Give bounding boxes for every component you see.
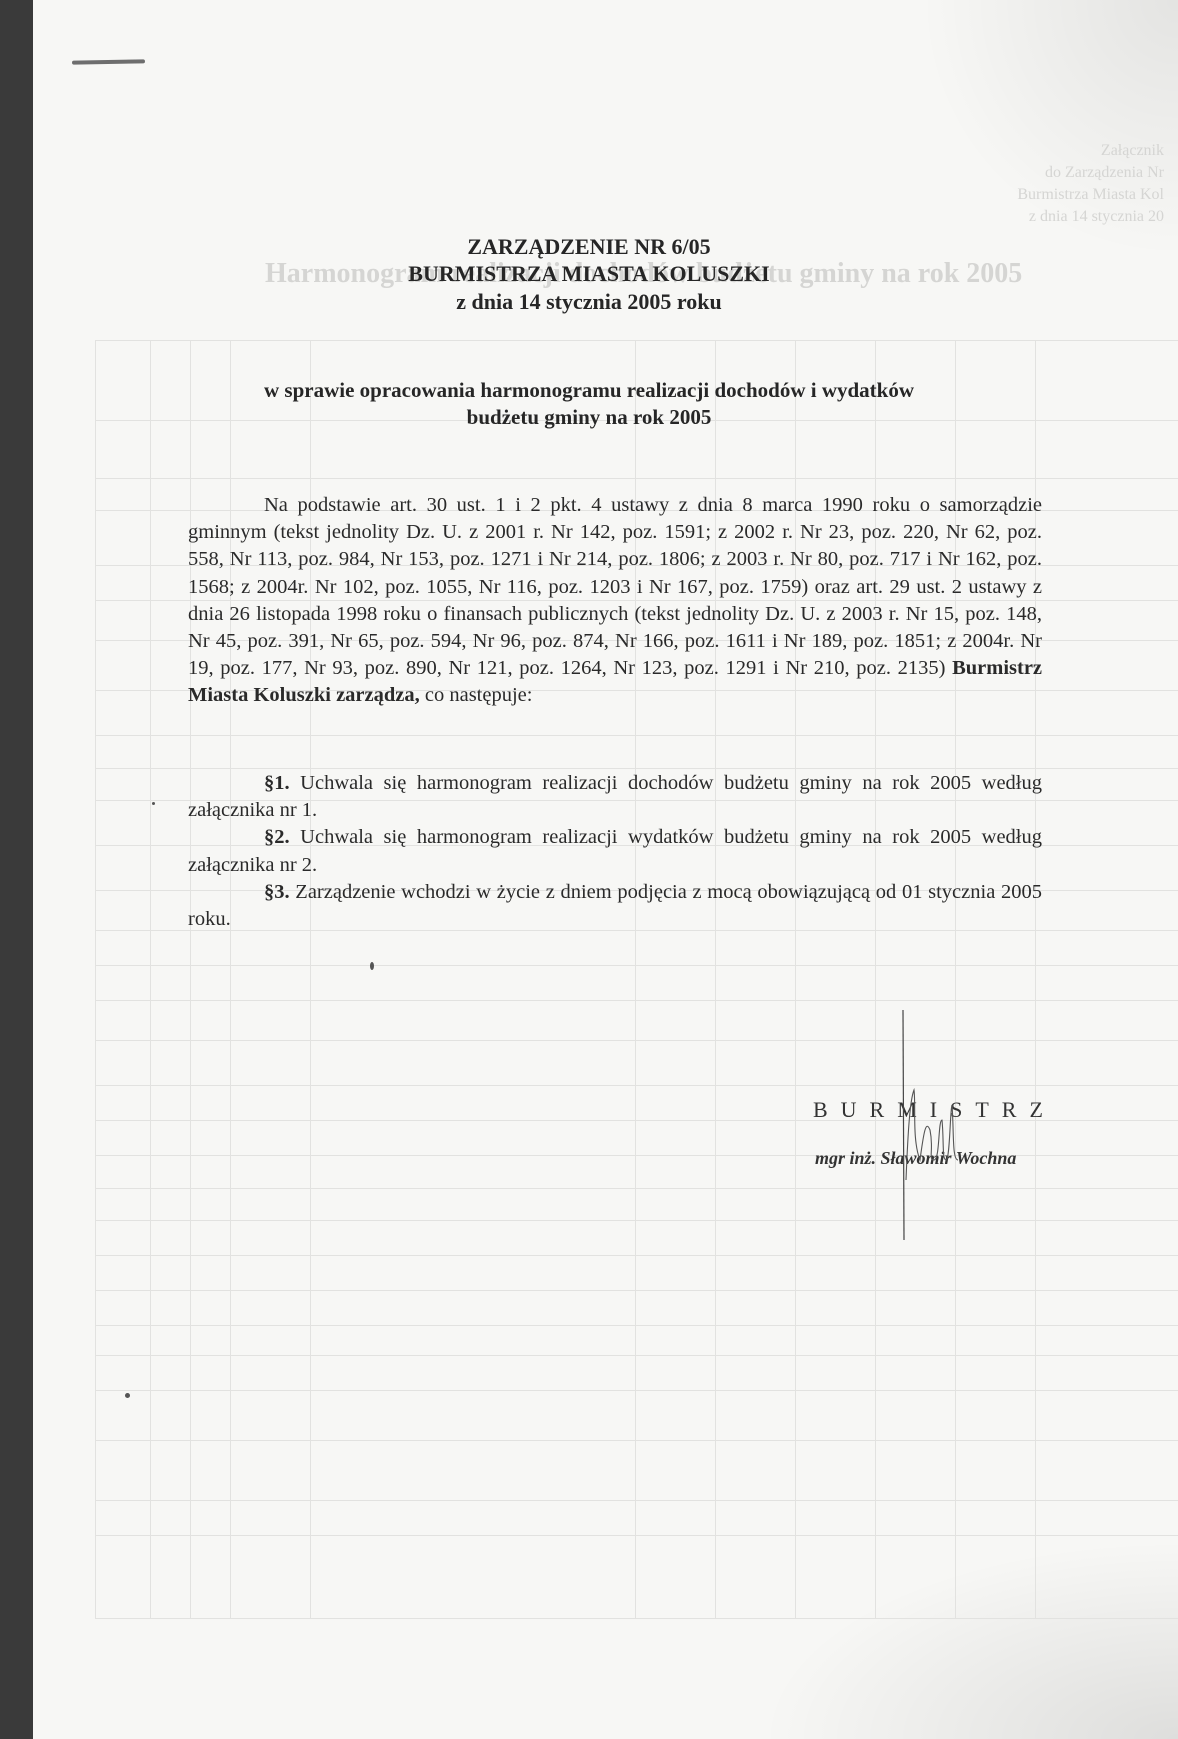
ink-speck (152, 802, 155, 805)
issuer: BURMISTRZA MIASTA KOLUSZKI (0, 260, 1178, 287)
legal-basis-preamble: Na podstawie art. 30 ust. 1 i 2 pkt. 4 u… (188, 492, 1042, 710)
paragraph-list: §1. Uchwala się harmonogram realizacji d… (188, 770, 1042, 933)
ink-speck (125, 1393, 130, 1398)
paragraph-3: §3. Zarządzenie wchodzi w życie z dniem … (188, 879, 1042, 933)
handwritten-signature-icon (880, 1010, 970, 1250)
preamble-paragraph: Na podstawie art. 30 ust. 1 i 2 pkt. 4 u… (188, 492, 1042, 710)
subject-line: w sprawie opracowania harmonogramu reali… (0, 377, 1178, 404)
paragraph-2: §2. Uchwala się harmonogram realizacji w… (188, 824, 1042, 878)
issue-date: z dnia 14 stycznia 2005 roku (0, 288, 1178, 315)
preamble-text: Na podstawie art. 30 ust. 1 i 2 pkt. 4 u… (188, 494, 1042, 679)
paragraph-text: Uchwala się harmonogram realizacji docho… (188, 772, 1042, 821)
paragraph-label: §3. (264, 881, 290, 903)
ink-speck (370, 962, 374, 970)
preamble-tail: co następuje: (420, 684, 533, 706)
paragraph-label: §1. (264, 772, 290, 794)
paragraph-1: §1. Uchwala się harmonogram realizacji d… (188, 770, 1042, 824)
paragraph-label: §2. (264, 826, 290, 848)
paragraph-text: Zarządzenie wchodzi w życie z dniem podj… (188, 881, 1042, 930)
paragraph-text: Uchwala się harmonogram realizacji wydat… (188, 826, 1042, 875)
document: ZARZĄDZENIE NR 6/05 BURMISTRZA MIASTA KO… (0, 0, 1178, 1739)
subject-line: budżetu gminy na rok 2005 (0, 404, 1178, 431)
document-title: ZARZĄDZENIE NR 6/05 (0, 233, 1178, 260)
